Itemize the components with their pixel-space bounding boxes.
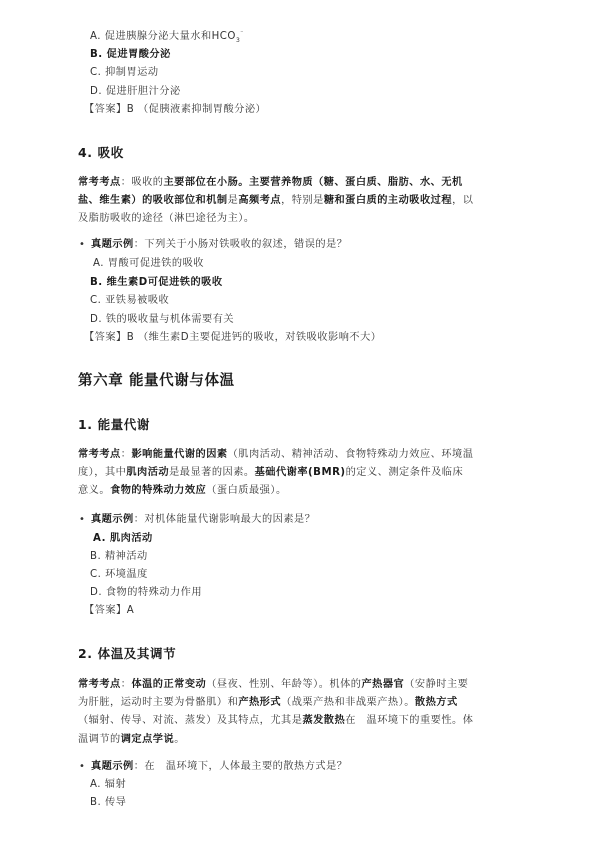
bullet-icon: • (79, 238, 85, 252)
body-text: （安静时主要 (404, 679, 468, 690)
emphasis-text: 散热方式 (415, 697, 458, 708)
option-a: A. 促进胰腺分泌大量水和HCO3⁻ (90, 30, 244, 44)
paragraph-line: 为肝脏，运动时主要为骨骼肌）和产热形式（战栗产热和非战栗产热）。散热方式 (78, 696, 458, 710)
emphasis-text: 影响能量代谢的因素 (131, 449, 227, 460)
section-heading-body-temperature: 2. 体温及其调节 (78, 646, 176, 662)
answer: 【答案】A (84, 604, 134, 618)
example-question: 真题示例：对机体能量代谢影响最大的因素是？ (91, 513, 315, 527)
emphasis-text: 主要部位在小肠。主要营养物质（糖、蛋白质、脂肪、水、无机 (164, 177, 463, 188)
option-b-correct: B. 促进胃酸分泌 (90, 48, 171, 62)
body-text: 意义。 (78, 485, 110, 496)
answer: 【答案】B （维生素D主要促进钙的吸收，对铁吸收影响不大） (84, 331, 381, 345)
body-text: ： (121, 449, 132, 460)
body-text: 是最显著的因素。 (169, 467, 255, 478)
emphasis-text: 基础代谢率(BMR) (255, 467, 346, 478)
emphasis-text: 盐、维生素）的吸收部位和机制 (78, 195, 228, 206)
option-b-correct: B. 维生素D可促进铁的吸收 (90, 276, 223, 290)
option-d: D. 铁的吸收量与机体需要有关 (90, 313, 234, 327)
answer: 【答案】B （促胰液素抑制胃酸分泌） (84, 103, 266, 117)
paragraph-line: 意义。食物的特殊动力效应（蛋白质最强）。 (78, 484, 287, 498)
option-c: C. 亚铁易被吸收 (90, 294, 169, 308)
option-b: B. 精神活动 (90, 550, 148, 564)
emphasis-text: 调定点学说 (121, 734, 174, 745)
option-d: D. 食物的特殊动力作用 (90, 586, 202, 600)
section-heading-absorption: 4. 吸收 (78, 145, 124, 161)
option-b: B. 传导 (90, 796, 126, 810)
paragraph-line: 温调节的调定点学说。 (78, 733, 185, 747)
bullet-icon: • (79, 513, 85, 527)
emphasis-text: 高频考点 (238, 195, 281, 206)
paragraph-line: 度），其中肌肉活动是最显著的因素。基础代谢率(BMR)的定义、测定条件及临床 (78, 466, 463, 480)
option-d: D. 促进肝胆汁分泌 (90, 85, 181, 99)
paragraph-line: （辐射、传导、对流、蒸发）及其特点，尤其是蒸发散热在 温环境下的重要性。体 (78, 714, 473, 728)
option-c: C. 环境温度 (90, 568, 148, 582)
emphasis-text: 糖和蛋白质的主动吸收过程 (324, 195, 452, 206)
body-text: （肌肉活动、精神活动、食物特殊动力效应、环境温 (228, 449, 474, 460)
paragraph-line: 常考考点：影响能量代谢的因素（肌肉活动、精神活动、食物特殊动力效应、环境温 (78, 448, 473, 462)
emphasis-text: 产热器官 (361, 679, 404, 690)
emphasis-text: 常考考点 (78, 177, 121, 188)
body-text: （蛋白质最强）。 (206, 485, 286, 496)
body-text: ，以 (452, 195, 473, 206)
example-question: 真题示例：在 温环境下，人体最主要的散热方式是？ (91, 760, 348, 774)
emphasis-text: 肌肉活动 (126, 467, 169, 478)
paragraph-line: 盐、维生素）的吸收部位和机制是高频考点，特别是糖和蛋白质的主动吸收过程，以 (78, 194, 473, 208)
paragraph-line: 常考考点：吸收的主要部位在小肠。主要营养物质（糖、蛋白质、脂肪、水、无机 (78, 176, 463, 190)
body-text: 及脂肪吸收的途径（淋巴途径为主）。 (78, 213, 255, 224)
body-text: （战栗产热和非战栗产热）。 (281, 697, 415, 708)
body-text: 度），其中 (78, 467, 126, 478)
emphasis-text: 常考考点 (78, 449, 121, 460)
option-a: A. 胃酸可促进铁的吸收 (93, 257, 204, 271)
example-question: 真题示例：下列关于小肠对铁吸收的叙述，错误的是？ (91, 238, 348, 252)
body-text: 在 温环境下的重要性。体 (345, 715, 473, 726)
body-text: ：吸收的 (121, 177, 164, 188)
body-text: 是 (228, 195, 239, 206)
body-text: （昼夜、性别、年龄等）。机体的 (206, 679, 361, 690)
body-text: 。 (174, 734, 185, 745)
body-text: ： (121, 679, 132, 690)
option-a-correct: A. 肌肉活动 (93, 532, 153, 546)
section-heading-energy-metabolism: 1. 能量代谢 (78, 417, 150, 433)
option-c: C. 抑制胃运动 (90, 66, 159, 80)
emphasis-text: 常考考点 (78, 679, 121, 690)
bullet-icon: • (79, 760, 85, 774)
body-text: 温调节的 (78, 734, 121, 745)
emphasis-text: 产热形式 (238, 697, 281, 708)
emphasis-text: 体温的正常变动 (131, 679, 206, 690)
emphasis-text: 食物的特殊动力效应 (110, 485, 206, 496)
chapter-title: 第六章 能量代谢与体温 (78, 372, 235, 390)
paragraph-line: 常考考点：体温的正常变动（昼夜、性别、年龄等）。机体的产热器官（安静时主要 (78, 678, 468, 692)
option-a: A. 辐射 (90, 778, 126, 792)
body-text: ，特别是 (281, 195, 324, 206)
emphasis-text: 蒸发散热 (302, 715, 345, 726)
body-text: （辐射、传导、对流、蒸发）及其特点，尤其是 (78, 715, 302, 726)
body-text: 为肝脏，运动时主要为骨骼肌）和 (78, 697, 238, 708)
body-text: 的定义、测定条件及临床 (346, 467, 464, 478)
paragraph-line: 及脂肪吸收的途径（淋巴途径为主）。 (78, 212, 255, 226)
